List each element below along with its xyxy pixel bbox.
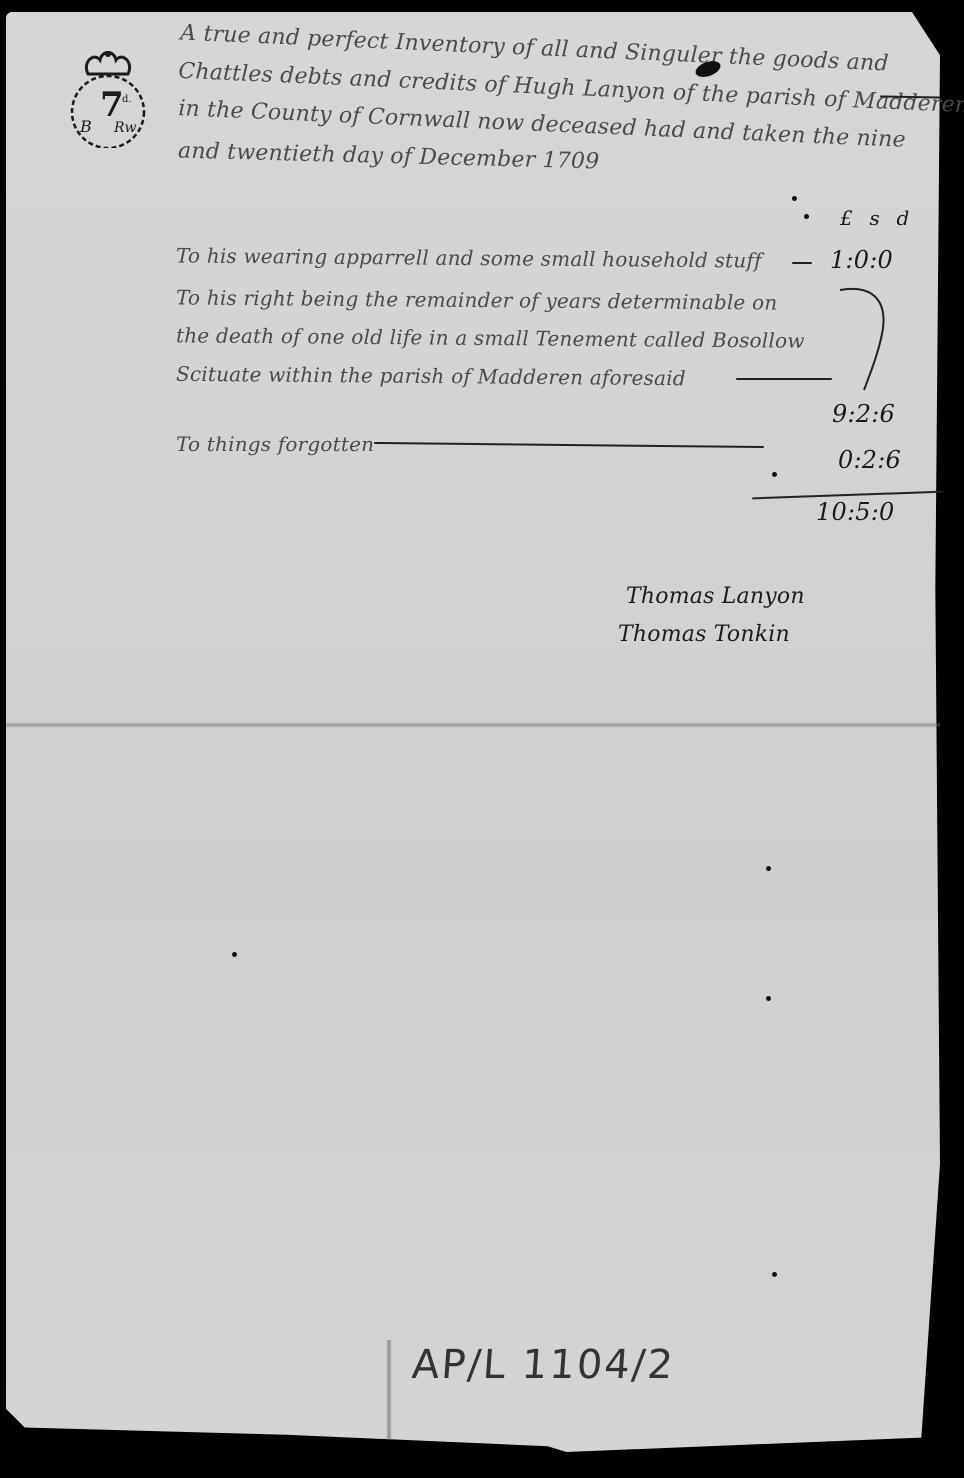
tax-stamp-icon: 7 d. B Rw: [66, 44, 150, 148]
signature-2: Thomas Tonkin: [618, 622, 790, 647]
ink-dot: [792, 196, 797, 201]
item-2-dash: [736, 378, 832, 380]
manuscript-page: [6, 12, 940, 1452]
svg-text:d.: d.: [122, 94, 132, 105]
ink-dot: [804, 214, 809, 219]
item-3-line-1: To things forgotten: [176, 432, 374, 456]
bracket-icon: [836, 284, 896, 394]
item-2-line-3: Scituate within the parish of Madderen a…: [176, 362, 686, 390]
item-1-line-1: To his wearing apparrell and some small …: [176, 243, 762, 272]
ink-dot: [766, 996, 771, 1001]
vertical-fold-crease: [386, 1340, 392, 1440]
svg-text:7: 7: [100, 85, 124, 125]
ink-dot: [766, 866, 771, 871]
item-1-dash: [792, 262, 812, 264]
ink-dot: [772, 472, 777, 477]
item-2-amount: 9:2:6: [832, 400, 895, 428]
currency-header: £ s d: [840, 206, 910, 230]
svg-text:Rw: Rw: [113, 120, 137, 136]
ink-dot: [232, 952, 237, 957]
archive-reference: AP/L 1104/2: [410, 1342, 676, 1388]
horizontal-fold-crease: [6, 722, 940, 728]
ink-dot: [772, 1272, 777, 1277]
total-amount: 10:5:0: [816, 498, 894, 526]
svg-text:B: B: [79, 117, 92, 136]
item-1-amount: 1:0:0: [830, 246, 893, 274]
item-3-amount: 0:2:6: [838, 446, 901, 474]
signature-1: Thomas Lanyon: [626, 584, 805, 609]
